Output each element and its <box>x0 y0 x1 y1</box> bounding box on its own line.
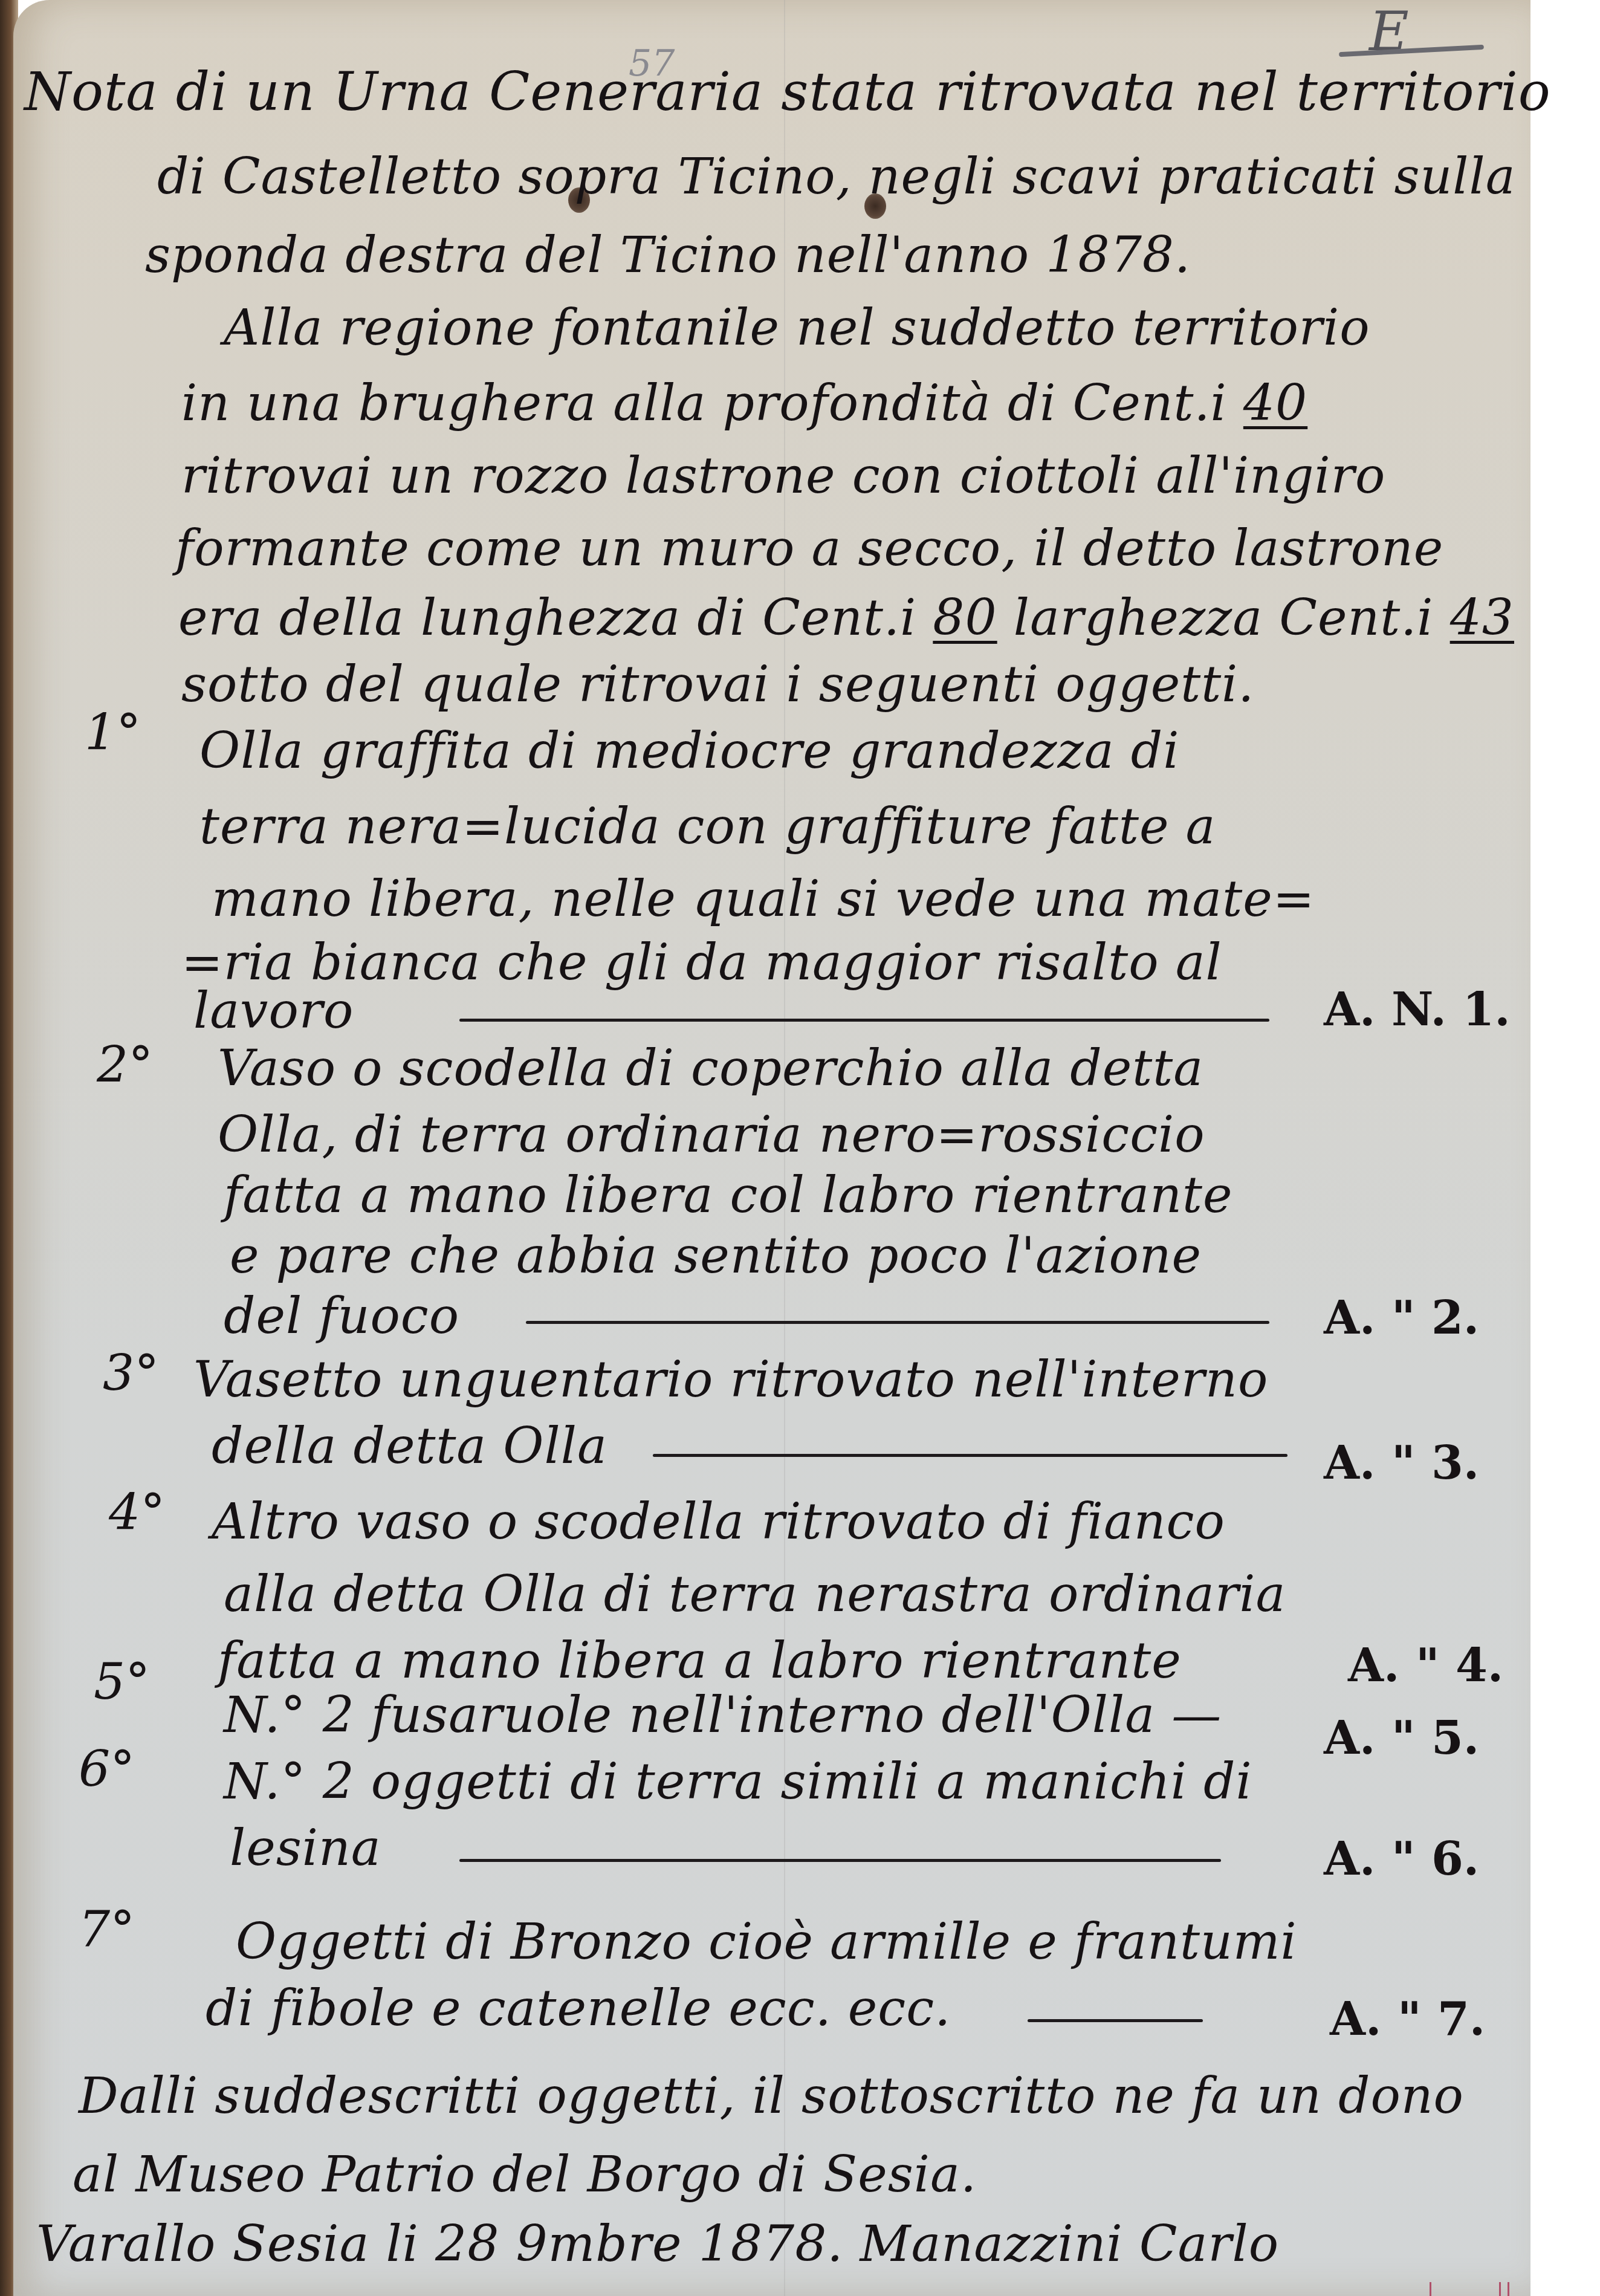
item-1-line-1: Olla graffita di mediocre grandezza di <box>199 722 1179 780</box>
item-2-line-4: e pare che abbia sentito poco l'azione <box>230 1227 1202 1285</box>
ledger-rule-mark <box>1508 2282 1509 2296</box>
intro-line-6: sotto del quale ritrovai i seguenti ogge… <box>181 656 1254 713</box>
intro-line-3: ritrovai un rozzo lastrone con ciottoli … <box>181 447 1385 505</box>
intro-line-1: Alla regione fontanile nel suddetto terr… <box>224 299 1370 357</box>
item-4-line-1: Altro vaso o scodella ritrovato di fianc… <box>212 1493 1225 1551</box>
item-3-line-1: Vasetto unguentario ritrovato nell'inter… <box>193 1351 1268 1409</box>
item-1-number: 1° <box>85 704 141 762</box>
signature-line: Varallo Sesia li 28 9mbre 1878. Manazzin… <box>36 2216 1279 2273</box>
title-line-2: di Castelletto sopra Ticino, negli scavi… <box>157 148 1516 206</box>
closing-line-2: al Museo Patrio del Borgo di Sesia. <box>73 2146 977 2204</box>
item-7-leader-line <box>1028 2019 1203 2022</box>
place-date: Varallo Sesia li 28 9mbre 1878. <box>36 2216 843 2273</box>
intro-line-2-text: in una brughera alla profondità di Cent.… <box>181 375 1227 432</box>
item-1-line-5: lavoro <box>193 982 354 1040</box>
item-7-line-2: di fibole e catenelle ecc. ecc. <box>206 1980 951 2037</box>
item-3-reference: A. " 3. <box>1324 1436 1479 1490</box>
signature: Manazzini Carlo <box>860 2216 1279 2273</box>
title-line-1: Nota di un Urna Ceneraria stata ritrovat… <box>24 60 1551 123</box>
width-label: larghezza Cent.i <box>1014 589 1434 647</box>
item-4-number: 4° <box>109 1484 165 1542</box>
item-4-line-2: alla detta Olla di terra nerastra ordina… <box>224 1566 1286 1623</box>
item-2-leader-line <box>526 1321 1269 1324</box>
item-7-line-1: Oggetti di Bronzo cioè armille e frantum… <box>236 1913 1297 1971</box>
item-4-reference: A. " 4. <box>1348 1638 1503 1692</box>
item-5-number: 5° <box>94 1653 150 1711</box>
item-7-number: 7° <box>79 1901 135 1959</box>
item-5-reference: A. " 5. <box>1324 1711 1479 1765</box>
intro-line-4: formante come un muro a secco, il detto … <box>175 520 1443 577</box>
item-1-line-3: mano libera, nelle quali si vede una mat… <box>212 871 1315 928</box>
item-3-line-2: della detta Olla <box>212 1418 607 1475</box>
item-6-number: 6° <box>79 1741 135 1798</box>
item-6-line-2: lesina <box>230 1820 381 1877</box>
item-3-number: 3° <box>103 1345 159 1403</box>
item-1-line-2: terra nera=lucida con graffiture fatte a <box>199 798 1216 855</box>
width-value: 43 <box>1450 589 1514 647</box>
item-2-line-2: Olla, di terra ordinaria nero=rossiccio <box>218 1106 1205 1164</box>
intro-line-2: in una brughera alla profondità di Cent.… <box>181 375 1307 432</box>
item-6-leader-line <box>459 1859 1221 1862</box>
item-7-reference: A. " 7. <box>1330 1992 1485 2046</box>
item-2-line-5: del fuoco <box>224 1288 459 1345</box>
intro-line-5: era della lunghezza di Cent.i 80 larghez… <box>178 589 1514 647</box>
item-1-leader-line <box>459 1019 1269 1022</box>
item-2-reference: A. " 2. <box>1324 1291 1479 1344</box>
item-6-reference: A. " 6. <box>1324 1832 1479 1886</box>
item-6-line-1: N.° 2 oggetti di terra simili a manichi … <box>224 1753 1252 1811</box>
ledger-rule-mark <box>1499 2282 1501 2296</box>
depth-value: 40 <box>1243 375 1307 432</box>
item-1-reference: A. N. 1. <box>1324 982 1511 1036</box>
intro-line-5-text: era della lunghezza di Cent.i <box>178 589 916 647</box>
item-2-number: 2° <box>97 1037 153 1094</box>
ledger-rule-mark <box>1430 2282 1431 2296</box>
closing-line-1: Dalli suddescritti oggetti, il sottoscri… <box>79 2067 1464 2125</box>
item-5-line-1: N.° 2 fusaruole nell'interno dell'Olla — <box>224 1687 1222 1744</box>
item-2-line-3: fatta a mano libera col labro rientrante <box>224 1167 1232 1224</box>
title-line-3: sponda destra del Ticino nell'anno 1878. <box>145 227 1191 284</box>
item-4-line-3: fatta a mano libera a labro rientrante <box>218 1632 1182 1690</box>
item-2-line-1: Vaso o scodella di coperchio alla detta <box>218 1040 1203 1097</box>
item-3-leader-line <box>653 1454 1287 1457</box>
length-value: 80 <box>933 589 997 647</box>
